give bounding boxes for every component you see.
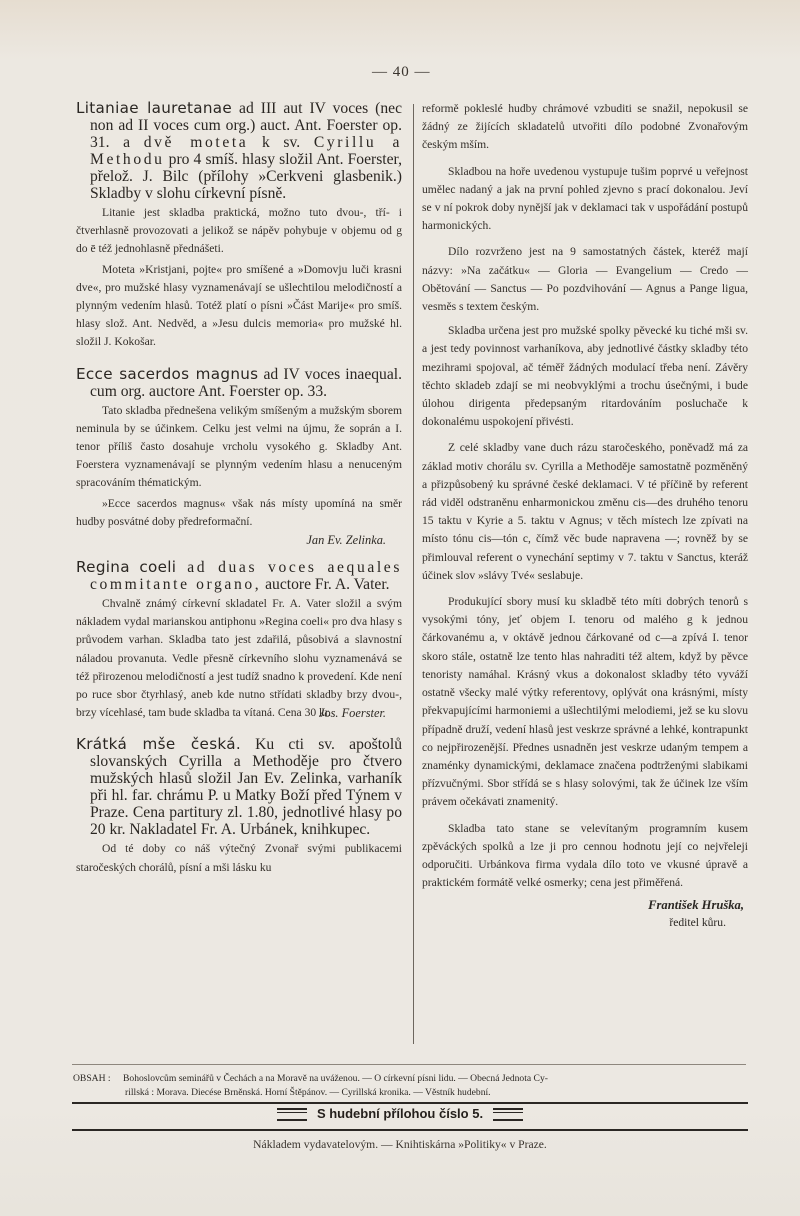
imprint: Nákladem vydavatelovým. — Knihtiskárna »… <box>0 1138 800 1151</box>
signature-title: ředitel kůru. <box>422 914 748 932</box>
review-heading: Litaniae lauretanae ad III aut IV voces … <box>76 100 402 202</box>
heading-title: Regina coeli <box>76 558 176 576</box>
review-regina-coeli: Regina coeli ad duas voces aequales comm… <box>76 559 402 722</box>
review-signature: Jan Ev. Zelinka. <box>76 531 402 549</box>
review-heading: Regina coeli ad duas voces aequales comm… <box>76 559 402 593</box>
column-divider <box>413 104 414 1044</box>
continued-paragraph: reformě pokleslé hudby chrámové vzbuditi… <box>422 100 748 155</box>
banner-rule-top <box>72 1102 748 1104</box>
heading-title: Litaniae lauretanae <box>76 99 232 117</box>
ornament-bars-icon <box>277 1108 307 1121</box>
signature-block: František Hruška, ředitel kůru. <box>422 896 748 932</box>
left-column: Litaniae lauretanae ad III aut IV voces … <box>76 100 402 887</box>
review-kratka-mse: Krátká mše česká. Ku cti sv. apoštolů sl… <box>76 736 402 876</box>
review-paragraph: Moteta »Kristjani, pojte« pro smíšené a … <box>76 261 402 352</box>
review-paragraph: Chvalně známý církevní skladatel Fr. A. … <box>76 595 402 722</box>
banner-text: S hudební přílohou číslo 5. <box>317 1106 483 1121</box>
contents-line: OBSAH :Bohoslovcům seminářů v Čechách a … <box>73 1072 749 1086</box>
right-column: reformě pokleslé hudby chrámové vzbuditi… <box>422 100 748 932</box>
signature-name: František Hruška, <box>422 896 748 914</box>
review-litaniae: Litaniae lauretanae ad III aut IV voces … <box>76 100 402 352</box>
heading-title: Krátká mše česká. <box>76 735 241 753</box>
contents-text: Bohoslovcům seminářů v Čechách a na Mora… <box>123 1073 548 1084</box>
heading-text: k sv. <box>248 134 314 151</box>
review-paragraph: Skladba určena jest pro mužské spolky pě… <box>422 322 748 431</box>
heading-text: auctore Fr. A. Vater. <box>261 576 389 593</box>
supplement-banner: S hudební přílohou číslo 5. <box>0 1106 800 1121</box>
ornament-bars-icon <box>493 1108 523 1121</box>
contents-line: rillská : Morava. Diecése Brněnská. Horn… <box>73 1086 749 1100</box>
contents-label: OBSAH : <box>73 1072 123 1086</box>
review-paragraph: Skladbou na hoře uvedenou vystupuje tuši… <box>422 163 748 236</box>
heading-title: Ecce sacerdos magnus <box>76 365 258 383</box>
review-paragraph: Dílo rozvrženo jest na 9 samostatných čá… <box>422 243 748 316</box>
review-paragraph: Tato skladba přednešena velikým smíšeným… <box>76 402 402 493</box>
table-of-contents: OBSAH :Bohoslovcům seminářů v Čechách a … <box>73 1072 749 1099</box>
review-paragraph: Skladba tato stane se velevítaným progra… <box>422 820 748 893</box>
page-number: — 40 — <box>372 64 431 81</box>
banner-rule-bottom <box>72 1129 748 1131</box>
review-paragraph: Litanie jest skladba praktická, možno tu… <box>76 204 402 259</box>
review-ecce-sacerdos: Ecce sacerdos magnus ad IV voces inaequa… <box>76 366 402 549</box>
review-paragraph: »Ecce sacerdos magnus« však nás místy up… <box>76 495 402 531</box>
review-heading: Krátká mše česká. Ku cti sv. apoštolů sl… <box>76 736 402 838</box>
review-heading: Ecce sacerdos magnus ad IV voces inaequa… <box>76 366 402 400</box>
heading-spaced-text: dvě moteta <box>144 134 249 151</box>
review-paragraph: Od té doby co náš výtečný Zvonař svými p… <box>76 840 402 876</box>
review-paragraph: Produkující sbory musí ku skladbě této m… <box>422 593 748 811</box>
footer-rule <box>72 1064 746 1065</box>
review-paragraph: Z celé skladby vane duch rázu staročeské… <box>422 439 748 585</box>
